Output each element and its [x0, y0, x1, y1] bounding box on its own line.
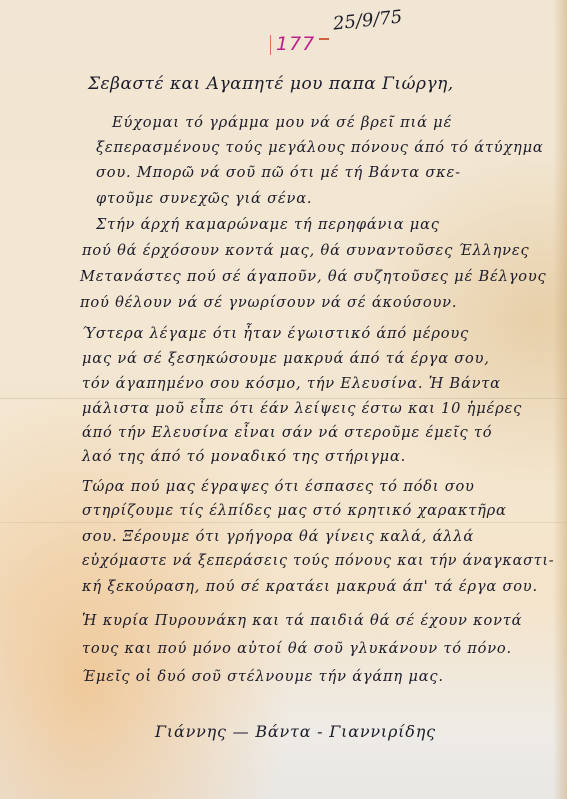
- body-line: τόν άγαπημένο σου κόσμο, τήν Ελευσίνα. Ἡ…: [82, 375, 501, 392]
- archive-number: 177: [276, 33, 315, 55]
- body-line: Στήν άρχή καμαρώναμε τή περηφάνια μας: [96, 216, 440, 233]
- body-line: κή ξεκούραση, πού σέ κρατάει μακρυά άπ' …: [82, 578, 538, 595]
- body-line: Μετανάστες πού σέ άγαποῦν, θά συζητοῦσες…: [80, 268, 546, 285]
- paper-edge-stain: [553, 0, 567, 799]
- body-line: σου. Μπορῶ νά σοῦ πῶ ότι μέ τή Βάντα σκε…: [96, 164, 461, 181]
- body-line: πού θά έρχόσουν κοντά μας, θά συναντοῦσε…: [82, 242, 529, 259]
- body-line: μάλιστα μοῦ εἶπε ότι έάν λείψεις έστω κα…: [82, 400, 522, 417]
- fold-crease: [0, 398, 567, 399]
- body-line: ξεπερασμένους τούς μεγάλους πόνους άπό τ…: [96, 139, 544, 156]
- body-line: Ἡ κυρία Πυρουνάκη και τά παιδιά θά σέ έχ…: [82, 612, 522, 629]
- body-line: Ύστερα λέγαμε ότι ἦταν έγωιστικό άπό μέρ…: [82, 325, 469, 342]
- letter-page: 177 25/9/75 Σεβαστέ και Αγαπητέ μου παπα…: [0, 0, 567, 799]
- body-line: λαό της άπό τό μοναδικό της στήριγμα.: [82, 448, 406, 465]
- letter-date: 25/9/75: [332, 6, 403, 34]
- body-line: Τώρα πού μας έγραψες ότι έσπασες τό πόδι…: [82, 478, 475, 495]
- body-line: στηρίζουμε τίς έλπίδες μας στό κρητικό χ…: [82, 502, 507, 519]
- date-dash: [319, 38, 329, 40]
- fold-crease: [0, 522, 567, 523]
- body-line: εὐχόμαστε νά ξεπεράσεις τούς πόνους και …: [82, 552, 554, 569]
- body-line: άπό τήν Ελευσίνα εἶναι σάν νά στεροῦμε έ…: [82, 424, 492, 441]
- body-line: μας νά σέ ξεσηκώσουμε μακρυά άπό τά έργα…: [82, 350, 490, 367]
- body-line: σου. Ξέρουμε ότι γρήγορα θά γίνεις καλά,…: [82, 528, 474, 545]
- body-line: τους και πού μόνο αὐτοί θά σοῦ γλυκάνουν…: [82, 640, 512, 657]
- signature: Γιάννης — Βάντα - Γιαννιρίδης: [155, 722, 436, 741]
- body-line: Έμεῖς οἱ δυό σοῦ στέλνουμε τήν άγάπη μας…: [82, 668, 444, 685]
- body-line: πού θέλουν νά σέ γνωρίσουν νά σέ άκούσου…: [80, 294, 457, 311]
- body-line: Εύχομαι τό γράμμα μου νά σέ βρεῖ πιά μέ: [112, 114, 452, 131]
- salutation: Σεβαστέ και Αγαπητέ μου παπα Γιώργη,: [88, 74, 454, 94]
- body-line: φτοῦμε συνεχῶς γιά σένα.: [96, 190, 312, 207]
